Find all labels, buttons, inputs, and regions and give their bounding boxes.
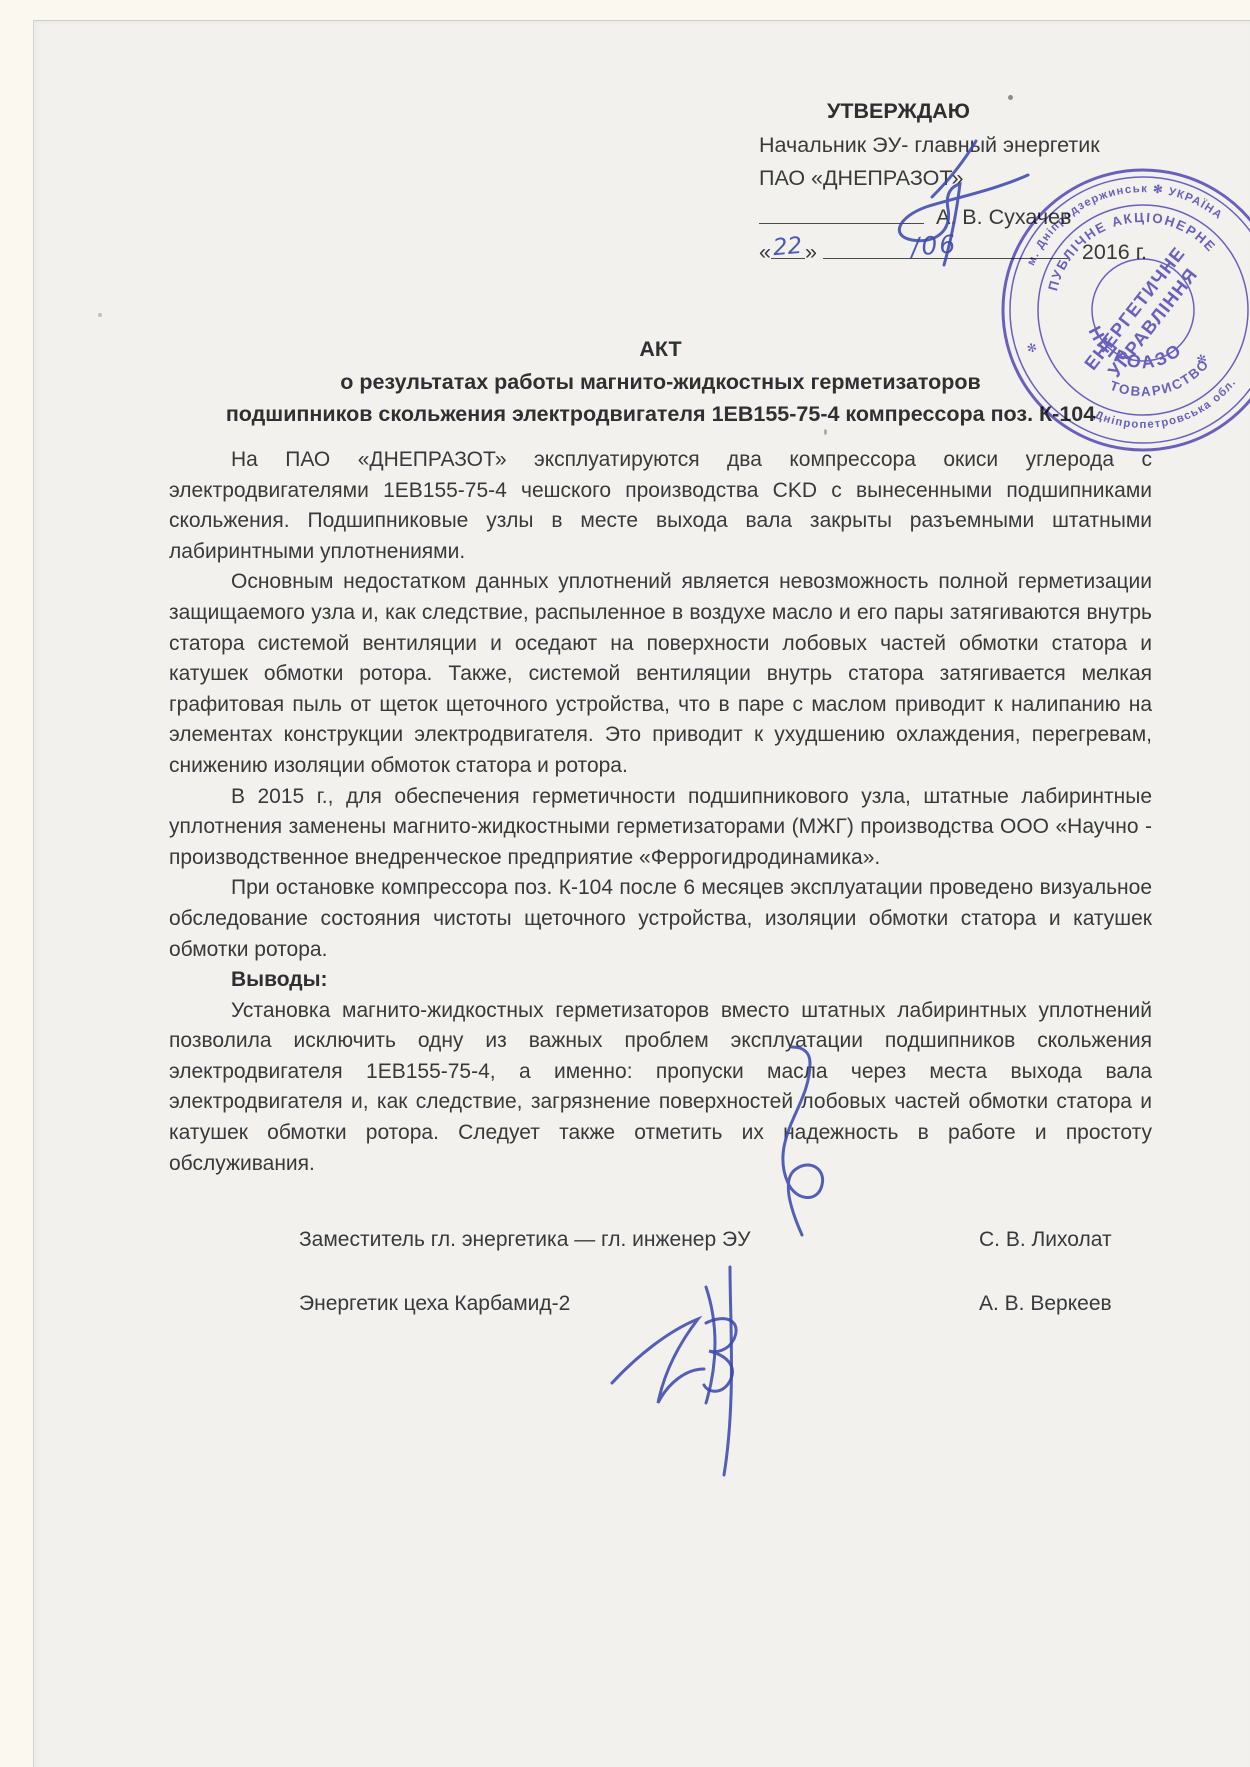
document-body: На ПАО «ДНЕПРАЗОТ» эксплуатируются два к… <box>169 445 1152 1179</box>
date-open-quote: « <box>759 240 771 264</box>
scan-speck <box>98 313 102 317</box>
date-year: 2016 г. <box>1082 240 1147 264</box>
approver-name: А. В. Сухачев <box>936 205 1071 229</box>
scan-speck <box>824 429 827 435</box>
conclusions-heading: Выводы: <box>169 965 1152 996</box>
body-paragraph: Основным недостатком данных уплотнений я… <box>169 567 1152 781</box>
approver-organization: ПАО «ДНЕПРАЗОТ» <box>759 162 1189 196</box>
scan-speck <box>1008 95 1013 100</box>
title-block: АКТ о результатах работы магнито-жидкост… <box>169 333 1152 431</box>
approval-signature-line: А. В. Сухачев <box>759 201 1189 235</box>
signature-row: Заместитель гл. энергетика — гл. инженер… <box>34 1228 1250 1258</box>
body-paragraph: При остановке компрессора поз. К-104 пос… <box>169 873 1152 965</box>
signatory-name: А. В. Веркеев <box>979 1292 1112 1316</box>
title-subtitle-1: о результатах работы магнито-жидкостных … <box>169 366 1152 399</box>
body-paragraph: На ПАО «ДНЕПРАЗОТ» эксплуатируются два к… <box>169 445 1152 567</box>
approver-position: Начальник ЭУ- главный энергетик <box>759 129 1189 163</box>
body-paragraph: В 2015 г., для обеспечения герметичности… <box>169 782 1152 874</box>
approval-block: УТВЕРЖДАЮ Начальник ЭУ- главный энергети… <box>759 95 1189 270</box>
conclusions-paragraph: Установка магнито-жидкостных герметизато… <box>169 996 1152 1180</box>
signatory-role: Энергетик цеха Карбамид-2 <box>299 1292 570 1316</box>
signature-row: Энергетик цеха Карбамид-2 А. В. Веркеев <box>34 1292 1250 1322</box>
signature-underline <box>759 223 924 224</box>
signatory-role: Заместитель гл. энергетика — гл. инженер… <box>299 1228 750 1252</box>
signatory-name: С. В. Лихолат <box>979 1228 1112 1252</box>
document-page: УТВЕРЖДАЮ Начальник ЭУ- главный энергети… <box>33 20 1250 1767</box>
date-close-quote: » <box>805 240 817 264</box>
approval-heading: УТВЕРЖДАЮ <box>759 95 1189 129</box>
date-day-underline: 22 <box>771 258 805 259</box>
document-type: АКТ <box>169 333 1152 366</box>
title-subtitle-2: подшипников скольжения электродвигателя … <box>169 398 1152 431</box>
approval-date-line: «22» /062016 г. <box>759 236 1189 270</box>
handwritten-day: 22 <box>772 229 804 265</box>
date-month-underline: /06 <box>823 258 1068 259</box>
stamp-star-icon: ✻ <box>1195 351 1208 367</box>
